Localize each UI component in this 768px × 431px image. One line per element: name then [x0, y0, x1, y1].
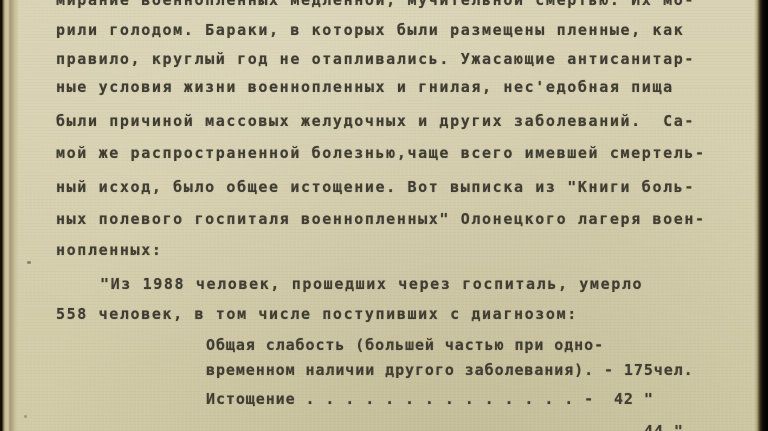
typewritten-line-diagnosis: Истощение . . . . . . . . . . . . . . - …	[206, 391, 654, 407]
typewritten-line-clipped-top: мирание военнопленных медленной, мучител…	[56, 0, 695, 8]
scan-right-black-border	[754, 0, 768, 431]
typewritten-line-diagnosis: временном наличии другого заболевания). …	[206, 362, 694, 378]
document-scan: мирание военнопленных медленной, мучител…	[0, 0, 768, 431]
typewritten-line: правило, круглый год не отапливались. Уж…	[56, 51, 695, 67]
typewritten-line: нопленных:	[56, 242, 163, 258]
typewritten-line-quote-start: "Из 1988 человек, прошедших через госпит…	[100, 276, 643, 292]
typewritten-line: рили голодом. Бараки, в которых были раз…	[56, 22, 684, 38]
typewritten-line: были причиной массовых желудочных и друг…	[56, 113, 695, 129]
paper-speck	[27, 261, 31, 264]
page-left-binding-edge	[0, 0, 18, 431]
typewritten-line-clipped-bottom: 44 "	[644, 423, 684, 431]
typewritten-line: мой же распространенной болезнью,чаще вс…	[56, 145, 706, 161]
typewritten-line: 558 человек, в том числе поступивших с д…	[56, 306, 578, 322]
typewritten-line: ные условия жизни военнопленных и гнилая…	[56, 79, 674, 95]
typewritten-line: ный исход, было общее истощение. Вот вып…	[56, 179, 695, 195]
typewritten-line: ных полевого госпиталя военнопленных" Ол…	[56, 211, 706, 227]
paper-speck	[24, 415, 27, 418]
typewritten-line-diagnosis: Общая слабость (большей частью при одно-	[206, 337, 604, 353]
